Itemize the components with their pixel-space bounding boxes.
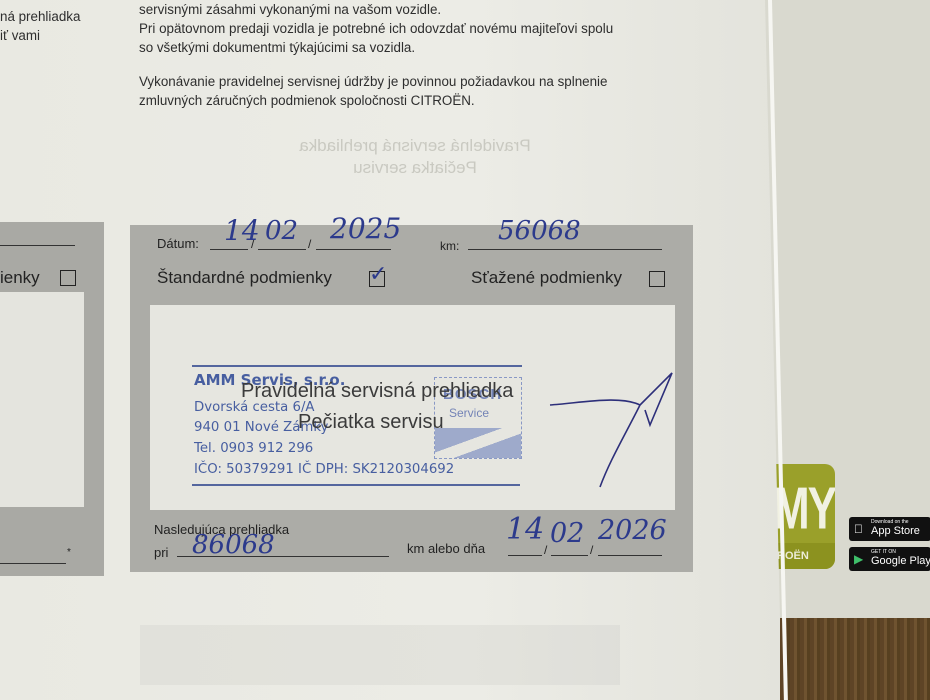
- date-day-line[interactable]: [210, 249, 248, 250]
- maintenance-line-2: zmluvných záručných podmienok spoločnost…: [139, 91, 475, 110]
- stamp-ids: IČO: 50379291 IČ DPH: SK2120304692: [194, 460, 454, 479]
- handwritten-km: 56068: [498, 216, 581, 246]
- stamp-area-subtitle: Pečiatka servisu: [298, 411, 444, 434]
- handwritten-next-year: 2026: [598, 515, 667, 546]
- google-play-badge[interactable]: ▶ GET IT ON Google Play: [849, 547, 930, 571]
- left-fragment-2: iť vami: [0, 26, 40, 45]
- date-year-line[interactable]: [316, 249, 391, 250]
- show-through-panel: [140, 625, 620, 685]
- stamp-top-rule: [192, 365, 522, 367]
- signature: [540, 365, 680, 495]
- previous-km-line: [0, 245, 75, 246]
- next-month-line[interactable]: [551, 555, 588, 556]
- km-label: km:: [440, 239, 459, 253]
- handwritten-date-month: 02: [265, 216, 298, 246]
- left-fragment-1: ná prehliadka: [0, 7, 80, 26]
- app-store-name: App Store: [871, 525, 920, 537]
- stamp-phone: Tel. 0903 912 296: [194, 439, 313, 458]
- handwritten-date-year: 2025: [330, 212, 401, 245]
- next-date-separator-1: /: [544, 543, 547, 557]
- intro-line-3: so všetkými dokumentmi týkajúcimi sa voz…: [139, 38, 415, 57]
- date-month-line[interactable]: [258, 249, 306, 250]
- google-play-name: Google Play: [871, 555, 930, 567]
- asterisk: *: [67, 547, 71, 558]
- intro-line-2: Pri opätovnom predaji vozidla je potrebn…: [139, 19, 613, 38]
- handwritten-next-day: 14: [506, 512, 544, 547]
- check-mark-icon: ✓: [369, 262, 387, 287]
- handwritten-date-day: 14: [224, 214, 260, 247]
- show-through-text: Pravidelná servisná prehliadka Pečiatka …: [240, 135, 590, 179]
- previous-next-line: [0, 563, 66, 564]
- harsh-conditions-label: Sťažené podmienky: [471, 268, 622, 288]
- bosch-emblem: [435, 428, 521, 458]
- play-icon: ▶: [854, 552, 863, 566]
- intro-line-1: servisnými zásahmi vykonanými na vašom v…: [139, 0, 441, 19]
- previous-stamp-area: [0, 292, 84, 507]
- km-line[interactable]: [468, 249, 662, 250]
- stamp-area-title: Pravidelná servisná prehliadka: [241, 380, 513, 403]
- previous-conditions-label: ienky: [0, 268, 40, 288]
- stamp-bottom-rule: [192, 484, 520, 486]
- next-year-line[interactable]: [598, 555, 662, 556]
- previous-conditions-checkbox[interactable]: [60, 270, 76, 286]
- app-store-badge[interactable]:  Download on the App Store: [849, 517, 930, 541]
- bosch-subtitle: Service: [449, 406, 489, 420]
- handwritten-next-month: 02: [550, 518, 584, 549]
- show-through-line-2: Pečiatka servisu: [240, 157, 590, 179]
- at-label: pri: [154, 545, 168, 560]
- date-separator-2: /: [308, 237, 311, 251]
- standard-conditions-label: Štandardné podmienky: [157, 268, 332, 288]
- next-date-separator-2: /: [590, 543, 593, 557]
- apple-icon: : [854, 522, 863, 536]
- handwritten-next-km: 86068: [192, 530, 275, 560]
- maintenance-line-1: Vykonávanie pravidelnej servisnej údržby…: [139, 72, 607, 91]
- date-label: Dátum:: [157, 236, 199, 251]
- next-day-line[interactable]: [508, 555, 542, 556]
- harsh-conditions-checkbox[interactable]: [649, 271, 665, 287]
- km-or-date-label: km alebo dňa: [407, 541, 485, 556]
- show-through-line-1: Pravidelná servisná prehliadka: [240, 135, 590, 157]
